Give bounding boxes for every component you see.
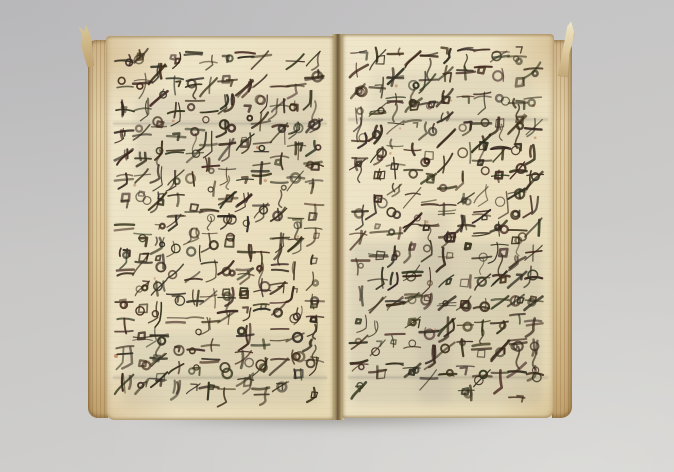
right-page xyxy=(342,34,554,418)
fold-crease-line xyxy=(113,120,327,127)
foxing-speck xyxy=(532,104,535,107)
show-through-stain xyxy=(418,210,450,404)
fold-crease-line xyxy=(113,374,327,381)
right-binding-edge xyxy=(552,40,572,418)
open-manuscript-book xyxy=(86,28,574,422)
left-page-aging-shade xyxy=(106,36,334,420)
foxing-speck xyxy=(256,146,259,149)
right-page-handwriting xyxy=(346,42,548,410)
left-page-stack-edge xyxy=(88,40,108,418)
show-through-stain xyxy=(350,242,542,404)
foxing-speck xyxy=(114,354,118,358)
fold-crease-line xyxy=(348,116,547,123)
left-page-handwriting xyxy=(112,44,326,412)
left-page xyxy=(106,36,334,420)
show-through-stain xyxy=(370,72,532,144)
show-through-stain xyxy=(124,332,322,406)
fold-crease-line xyxy=(348,374,547,381)
show-through-stain xyxy=(136,94,318,176)
right-page-aging-shade xyxy=(342,34,554,418)
photograph-of-open-manuscript xyxy=(0,0,674,472)
